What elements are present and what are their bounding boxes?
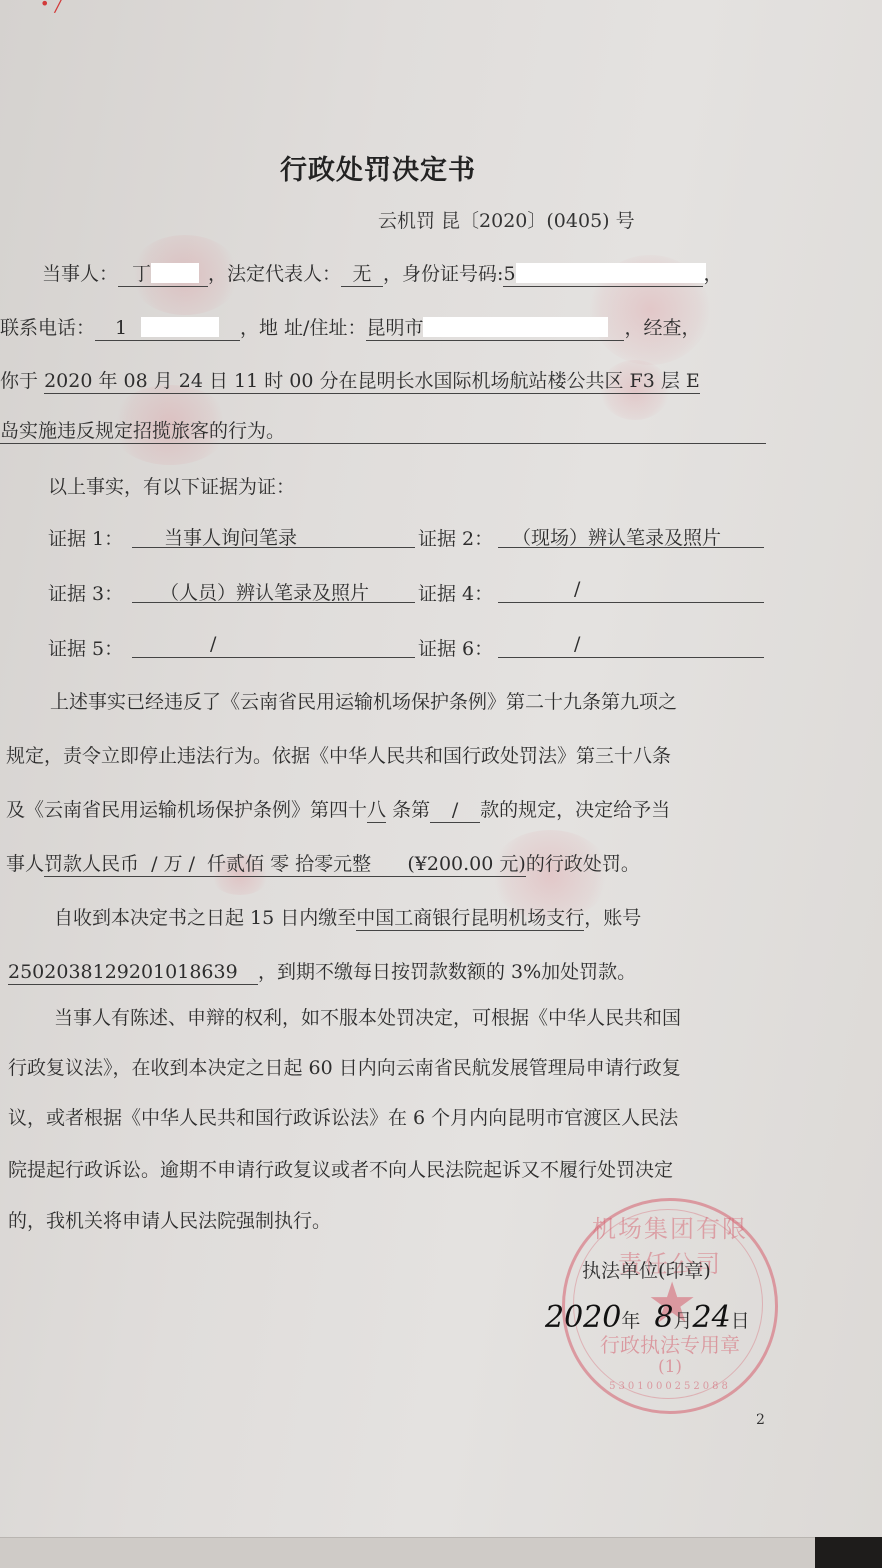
evidence-2-text: （现场）辨认笔录及照片 bbox=[512, 527, 721, 549]
party-name-field: 丁 bbox=[118, 263, 208, 287]
address-label: ，地 址/住址： bbox=[240, 317, 366, 339]
evidence-4-label: 证据 4： bbox=[418, 579, 493, 606]
day-label: 日 bbox=[731, 1310, 750, 1332]
rights-line-4: 院提起行政诉讼。逾期不申请行政复议或者不向人民法院起诉又不履行处罚决定 bbox=[8, 1155, 673, 1182]
evidence-6-value: / bbox=[498, 633, 764, 658]
evidence-5-text: / bbox=[210, 633, 216, 655]
violation-line-1: 上述事实已经违反了《云南省民用运输机场保护条例》第二十九条第九项之 bbox=[50, 687, 677, 714]
year-label: 年 bbox=[621, 1310, 640, 1332]
handwritten-month: 8 bbox=[654, 1300, 673, 1335]
violation-line-2: 规定，责令立即停止违法行为。依据《中华人民共和国行政处罚法》第三十八条 bbox=[6, 741, 671, 768]
address-visible: 昆明市 bbox=[366, 317, 423, 339]
signature-date: 2020年 8月24日 bbox=[545, 1300, 750, 1335]
evidence-3-label: 证据 3： bbox=[48, 579, 123, 606]
contact-line: 联系电话：1，地 址/住址：昆明市，经查， bbox=[0, 313, 700, 341]
violation-text: 及《云南省民用运输机场保护条例》第四十 bbox=[6, 799, 367, 821]
redaction bbox=[516, 263, 706, 283]
handwritten-year: 2020 bbox=[545, 1300, 621, 1335]
handwritten-day: 24 bbox=[693, 1300, 731, 1335]
evidence-5-label: 证据 5： bbox=[48, 634, 123, 661]
id-number-field: 5 bbox=[503, 263, 703, 287]
violation-line-4: 事人罚款人民币 / 万 / 仟贰佰 零 拾零元整 (¥200.00 元)的行政处… bbox=[6, 849, 640, 877]
evidence-6-text: / bbox=[574, 633, 580, 655]
id-visible: 5 bbox=[503, 263, 515, 285]
document-title: 行政处罚决定书 bbox=[280, 148, 476, 187]
payment-line-1: 自收到本决定书之日起 15 日内缴至中国工商银行昆明机场支行，账号 bbox=[54, 903, 641, 931]
violation-text: 款的规定，决定给予当 bbox=[480, 799, 670, 821]
evidence-2-label: 证据 2： bbox=[418, 524, 493, 551]
facts-text-2: 岛实施违反规定招揽旅客的行为。 bbox=[0, 421, 766, 444]
article-number: 八 bbox=[367, 800, 386, 823]
penalty-amount: 罚款人民币 / 万 / 仟贰佰 零 拾零元整 (¥200.00 元) bbox=[44, 854, 526, 877]
punct: ， bbox=[703, 263, 722, 285]
evidence-4-value: / bbox=[498, 578, 764, 603]
payment-line-2: 2502038129201018639，到期不缴每日按罚款数额的 3%加处罚款。 bbox=[8, 957, 636, 985]
clause-number: / bbox=[430, 800, 480, 823]
phone-field: 1 bbox=[95, 317, 240, 341]
evidence-1-value: 当事人询问笔录 bbox=[132, 523, 415, 548]
rights-line-1: 当事人有陈述、申辩的权利，如不服本处罚决定，可根据《中华人民共和国 bbox=[54, 1003, 681, 1030]
violation-text: 的行政处罚。 bbox=[526, 853, 640, 875]
id-label: ，身份证号码: bbox=[383, 263, 503, 285]
paper-edge bbox=[0, 1537, 815, 1568]
facts-text-1: 2020 年 08 月 24 日 11 时 00 分在昆明长水国际机场航站楼公共… bbox=[44, 371, 700, 394]
evidence-5-value: / bbox=[132, 633, 415, 658]
party-name-visible: 丁 bbox=[132, 263, 151, 285]
facts-prefix: 你于 bbox=[0, 370, 38, 392]
phone-label: 联系电话： bbox=[0, 317, 95, 339]
evidence-3-value: （人员）辨认笔录及照片 bbox=[132, 578, 415, 603]
after-address: ，经查， bbox=[624, 317, 700, 339]
seal-number-label: (1) bbox=[595, 1357, 745, 1377]
page-number: 2 bbox=[756, 1412, 765, 1428]
rights-line-5: 的，我机关将申请人民法院强制执行。 bbox=[8, 1206, 331, 1233]
background-surface bbox=[815, 1537, 882, 1568]
violation-text: 条第 bbox=[386, 799, 430, 821]
rights-line-2: 行政复议法》，在收到本决定之日起 60 日内向云南省民航发展管理局申请行政复 bbox=[8, 1053, 681, 1080]
violation-text: 事人 bbox=[6, 853, 44, 875]
evidence-1-label: 证据 1： bbox=[48, 524, 123, 551]
redaction bbox=[151, 263, 199, 283]
redaction bbox=[423, 317, 608, 337]
evidence-2-value: （现场）辨认笔录及照片 bbox=[498, 523, 764, 548]
party-label: 当事人： bbox=[42, 263, 118, 285]
month-label: 月 bbox=[674, 1310, 693, 1332]
facts-line-2: 岛实施违反规定招揽旅客的行为。 bbox=[0, 420, 766, 444]
phone-visible: 1 bbox=[115, 317, 127, 339]
evidence-4-text: / bbox=[574, 578, 580, 600]
redaction bbox=[141, 317, 219, 337]
facts-line-1: 你于 2020 年 08 月 24 日 11 时 00 分在昆明长水国际机场航站… bbox=[0, 366, 700, 394]
rights-line-3: 议，或者根据《中华人民共和国行政诉讼法》在 6 个月内向昆明市官渡区人民法 bbox=[8, 1103, 678, 1130]
document-number: 云机罚 昆〔2020〕(0405) 号 bbox=[378, 206, 635, 233]
bank-name: 中国工商银行昆明机场支行 bbox=[356, 908, 584, 931]
legal-rep-value: 无 bbox=[341, 264, 383, 287]
legal-rep-label: ，法定代表人： bbox=[208, 263, 341, 285]
payment-text: ，账号 bbox=[584, 907, 641, 929]
payment-text: 自收到本决定书之日起 15 日内缴至 bbox=[54, 907, 356, 929]
corner-handwritten-mark: • ╱ bbox=[40, 0, 64, 13]
payment-text: ，到期不缴每日按罚款数额的 3%加处罚款。 bbox=[258, 961, 636, 983]
evidence-6-label: 证据 6： bbox=[418, 634, 493, 661]
evidence-1-text: 当事人询问笔录 bbox=[164, 527, 297, 549]
account-number: 2502038129201018639 bbox=[8, 962, 258, 985]
seal-code: 5301000252088 bbox=[585, 1381, 755, 1392]
address-field: 昆明市 bbox=[366, 317, 624, 341]
issuer-label: 执法单位(印章) bbox=[582, 1256, 711, 1283]
evidence-3-text: （人员）辨认笔录及照片 bbox=[160, 582, 369, 604]
evidence-intro: 以上事实，有以下证据为证： bbox=[48, 472, 295, 499]
party-line: 当事人：丁，法定代表人：无，身份证号码:5， bbox=[42, 259, 722, 287]
violation-line-3: 及《云南省民用运输机场保护条例》第四十八 条第 / 款的规定，决定给予当 bbox=[6, 795, 670, 823]
